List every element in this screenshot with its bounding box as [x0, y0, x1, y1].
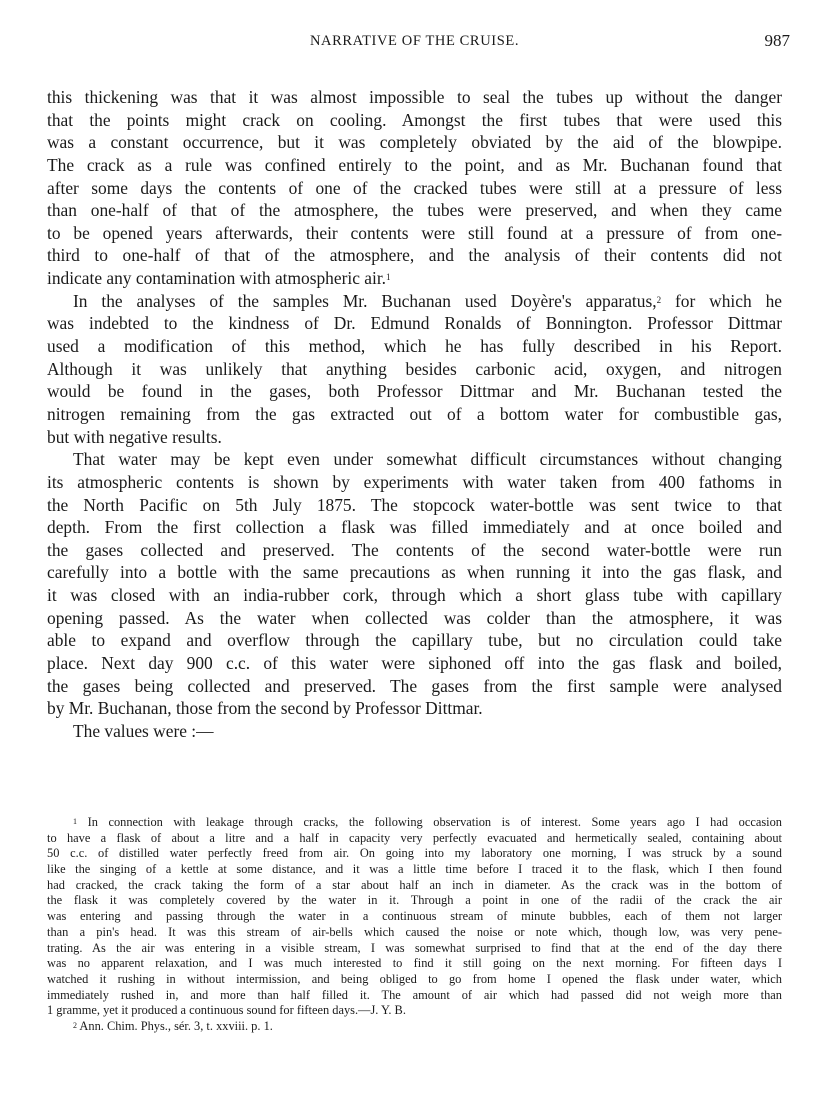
footnote-line: the flask it was completely covered by t… [47, 893, 782, 909]
text-line: the North Pacific on 5th July 1875. The … [47, 494, 782, 517]
text-line: this thickening was that it was almost i… [47, 86, 782, 109]
text-line: was indebted to the kindness of Dr. Edmu… [47, 312, 782, 335]
footnote-ref-1[interactable]: 1 [386, 272, 391, 282]
text-line: able to expand and overflow through the … [47, 629, 782, 652]
footnote-line: like the singing of a kettle at some dis… [47, 862, 782, 878]
text-line: The values were :— [47, 720, 782, 743]
footnote-line: had cracked, the crack taking the form o… [47, 878, 782, 894]
text-line: but with negative results. [47, 426, 782, 449]
footnote-line: watched it rushing in without intermissi… [47, 972, 782, 988]
running-title: NARRATIVE OF THE CRUISE. [47, 33, 782, 50]
text-line: Although it was unlikely that anything b… [47, 358, 782, 381]
text-fragment: for which he [661, 291, 782, 311]
text-line: by Mr. Buchanan, those from the second b… [47, 697, 782, 720]
text-line: its atmospheric contents is shown by exp… [47, 471, 782, 494]
text-line: That water may be kept even under somewh… [47, 448, 782, 471]
text-line: third to one-half of that of the atmosph… [47, 244, 782, 267]
footnote-line: than a pin's head. It was this stream of… [47, 925, 782, 941]
running-head: NARRATIVE OF THE CRUISE. 987 [47, 31, 782, 53]
text-fragment: indicate any contamination with atmosphe… [47, 268, 386, 288]
text-fragment: In the analyses of the samples Mr. Bucha… [73, 291, 657, 311]
text-line: than one-half of that of the atmosphere,… [47, 199, 782, 222]
body-text: this thickening was that it was almost i… [47, 86, 782, 743]
footnote-marker-1: 1 [73, 817, 77, 826]
footnote-line: immediately rushed in, and more than hal… [47, 988, 782, 1004]
footnote-line: 2 Ann. Chim. Phys., sér. 3, t. xxviii. p… [47, 1019, 782, 1035]
text-line: used a modification of this method, whic… [47, 335, 782, 358]
text-line: would be found in the gases, both Profes… [47, 380, 782, 403]
footnote-marker-2: 2 [73, 1021, 77, 1030]
footnote-line: was entering and passing through the wat… [47, 909, 782, 925]
footnote-line: 1 In connection with leakage through cra… [47, 815, 782, 831]
footnote-line: was no apparent relaxation, and I was mu… [47, 956, 782, 972]
text-line: place. Next day 900 c.c. of this water w… [47, 652, 782, 675]
footnotes: 1 In connection with leakage through cra… [47, 815, 782, 1035]
text-line: the gases being collected and preserved.… [47, 675, 782, 698]
text-line: opening passed. As the water when collec… [47, 607, 782, 630]
footnote-line: trating. As the air was entering in a vi… [47, 941, 782, 957]
text-line: carefully into a bottle with the same pr… [47, 561, 782, 584]
page-number: 987 [765, 31, 791, 51]
footnote-line: to have a flask of about a litre and a h… [47, 831, 782, 847]
document-page: NARRATIVE OF THE CRUISE. 987 this thicke… [0, 0, 825, 1100]
text-line: the gases collected and preserved. The c… [47, 539, 782, 562]
text-line: In the analyses of the samples Mr. Bucha… [47, 290, 782, 313]
text-line: that the points might crack on cooling. … [47, 109, 782, 132]
text-line: to be opened years afterwards, their con… [47, 222, 782, 245]
text-fragment: In connection with leakage through crack… [88, 815, 782, 829]
footnote-line: 50 c.c. of distilled water perfectly fre… [47, 846, 782, 862]
text-line: after some days the contents of one of t… [47, 177, 782, 200]
text-line: depth. From the first collection a flask… [47, 516, 782, 539]
text-line: indicate any contamination with atmosphe… [47, 267, 782, 290]
text-line: nitrogen remaining from the gas extracte… [47, 403, 782, 426]
footnote-ref-2[interactable]: 2 [657, 295, 662, 305]
text-line: The crack as a rule was confined entirel… [47, 154, 782, 177]
text-line: it was closed with an india-rubber cork,… [47, 584, 782, 607]
text-line: was a constant occurrence, but it was co… [47, 131, 782, 154]
footnote-line: 1 gramme, yet it produced a continuous s… [47, 1003, 782, 1019]
text-fragment: Ann. Chim. Phys., sér. 3, t. xxviii. p. … [79, 1019, 272, 1033]
